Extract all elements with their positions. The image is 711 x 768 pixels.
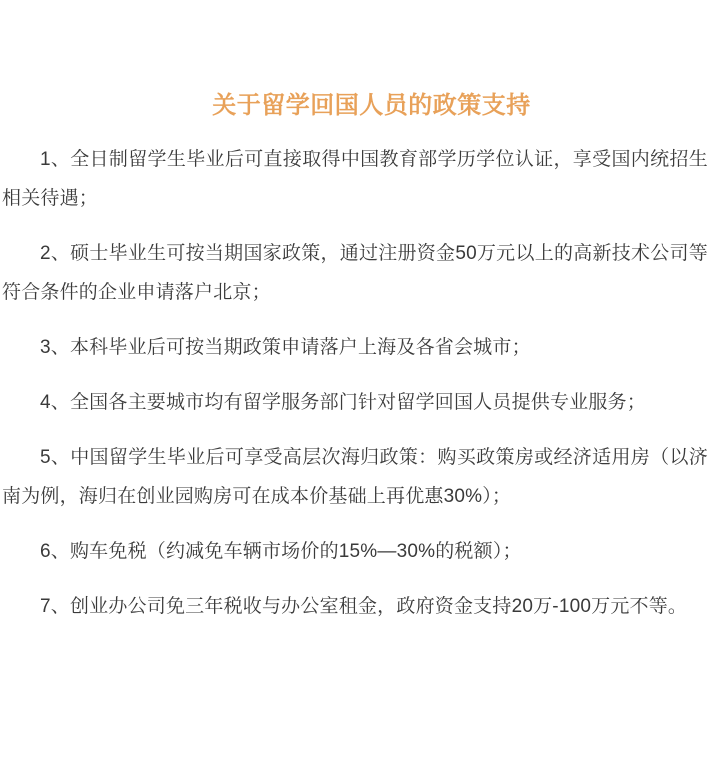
- document-body: 1、全日制留学生毕业后可直接取得中国教育部学历学位认证，享受国内统招生相关待遇；…: [0, 140, 711, 626]
- document-title: 关于留学回国人员的政策支持: [0, 0, 711, 140]
- policy-item-6: 6、购车免税（约减免车辆市场价的15%—30%的税额）；: [2, 532, 708, 571]
- document-page: 关于留学回国人员的政策支持 1、全日制留学生毕业后可直接取得中国教育部学历学位认…: [0, 0, 711, 768]
- policy-item-5: 5、中国留学生毕业后可享受高层次海归政策：购买政策房或经济适用房（以济南为例，海…: [2, 438, 708, 516]
- policy-item-2: 2、硕士毕业生可按当期国家政策，通过注册资金50万元以上的高新技术公司等符合条件…: [2, 234, 708, 312]
- policy-item-1: 1、全日制留学生毕业后可直接取得中国教育部学历学位认证，享受国内统招生相关待遇；: [2, 140, 708, 218]
- policy-item-4: 4、全国各主要城市均有留学服务部门针对留学回国人员提供专业服务；: [2, 383, 708, 422]
- policy-item-3: 3、本科毕业后可按当期政策申请落户上海及各省会城市；: [2, 328, 708, 367]
- policy-item-7: 7、创业办公司免三年税收与办公室租金，政府资金支持20万-100万元不等。: [2, 587, 708, 626]
